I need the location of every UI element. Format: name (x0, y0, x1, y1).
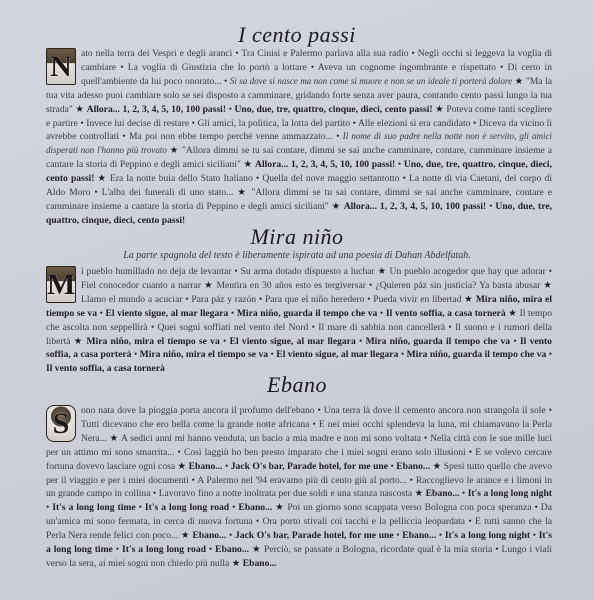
verse-text: Perciò, se passate a Bologna, ricordate … (264, 544, 492, 555)
chorus-text: Ebano... (189, 461, 223, 472)
star-separator-icon: ★ (107, 433, 121, 444)
bullet-separator-icon: • (350, 118, 358, 129)
bullet-separator-icon: • (256, 294, 265, 305)
star-separator-icon: ★ (329, 201, 344, 212)
star-separator-icon: ★ (512, 76, 526, 87)
song-lyrics: Nato nella terra dei Vespri e degli aran… (46, 47, 552, 228)
bullet-separator-icon: • (377, 308, 386, 319)
chorus-text: Il vento soffia, a casa tornerà (386, 308, 506, 319)
chorus-text: Jack O's bar, Parade hotel, for me une (231, 461, 388, 472)
bullet-separator-icon: • (465, 516, 475, 527)
chorus-text: Mira niño, mira el tiempo se va (140, 349, 268, 360)
bullet-separator-icon: • (131, 349, 139, 360)
song-subtitle: La parte spagnola del testo è liberament… (0, 250, 594, 261)
bullet-separator-icon: • (398, 349, 406, 360)
verse-text: L'alba dei funerali di uno stato... (102, 187, 234, 198)
bullet-separator-icon: • (90, 187, 101, 198)
bullet-separator-icon: • (496, 62, 508, 73)
verse-text: Quei sogni soffiati nel vento del Nord (158, 322, 309, 333)
chorus-text: El viento sigue, al mar llegara (106, 308, 229, 319)
bullet-separator-icon: • (189, 118, 197, 129)
verse-text: A Palermo nel '94 eravamo più di cento g… (197, 475, 407, 486)
bullet-separator-icon: • (436, 530, 445, 541)
lyrics-page: I cento passi Nato nella terra dei Vespr… (0, 0, 594, 600)
bullet-separator-icon: • (189, 475, 197, 486)
bullet-separator-icon: • (399, 173, 409, 184)
verse-text: Un pueblo acogedor que hay que adorar (390, 266, 546, 277)
verse-text: Così laggiù ho ben presto imparato che i… (184, 447, 466, 458)
bullet-separator-icon: • (333, 131, 343, 142)
verse-text: Quella del nove maggio settantotto (262, 173, 399, 184)
chorus-text: Ebano... (396, 461, 430, 472)
verse-text: ¿Quieren páz sin justicia? Ya basta abus… (375, 280, 540, 291)
bullet-separator-icon: • (315, 405, 324, 416)
star-separator-icon: ★ (249, 544, 264, 555)
bullet-separator-icon: • (421, 433, 430, 444)
chorus-text: Mira niño, mira el tiempo se va (86, 336, 219, 347)
bullet-separator-icon: • (356, 336, 366, 347)
verse-text: Tra Cinisi e Palermo parlava alla sua ra… (241, 48, 408, 59)
bullet-separator-icon: • (223, 461, 231, 472)
chorus-text: Ebano... (238, 502, 272, 513)
verse-text: i pueblo humillado no deja de levantar (81, 266, 231, 277)
bullet-separator-icon: • (206, 544, 215, 555)
song-title: I cento passi (0, 22, 594, 48)
verse-text: A sedici anni mi hanno venduta, un bacio… (121, 433, 421, 444)
star-separator-icon: ★ (412, 488, 425, 499)
star-separator-icon: ★ (461, 294, 475, 305)
verse-text: Para que el niño heredero (265, 294, 364, 305)
verse-text: Alle elezioni si era candidato (358, 118, 470, 129)
bullet-separator-icon: • (78, 118, 86, 129)
bullet-separator-icon: • (148, 322, 158, 333)
bullet-separator-icon: • (394, 530, 403, 541)
verse-text: Tutti dicevano che ero bella come la gra… (81, 419, 309, 430)
bullet-separator-icon: • (308, 322, 318, 333)
bullet-separator-icon: • (97, 308, 106, 319)
bullet-separator-icon: • (409, 48, 418, 59)
bullet-separator-icon: • (309, 419, 318, 430)
chorus-text: Jack O's bar, Parade hotel, for me une (235, 530, 394, 541)
verse-text: Ora porto stivali coi tacchi e la pellic… (263, 516, 466, 527)
chorus-text: Allora... 1, 2, 3, 4, 5, 10, 100 passi! (255, 159, 395, 170)
chorus-text: Allora... 1, 2, 3, 4, 5, 10, 100 passi! (87, 104, 226, 115)
verse-text: Aveva un cognome ingombrante e rispettat… (318, 62, 496, 73)
star-separator-icon: ★ (73, 104, 87, 115)
bullet-separator-icon: • (470, 118, 478, 129)
verse-text: Una terra là dove il cemento ancora non … (324, 405, 546, 416)
chorus-text: Ebano... (426, 488, 460, 499)
chorus-text: Allora... 1, 2, 3, 4, 5, 10, 100 passi! (344, 201, 487, 212)
lyrics-text: ato nella terra dei Vespri e degli aranc… (46, 48, 552, 226)
chorus-text: Ebano... (215, 544, 249, 555)
chorus-text: It's a long long road (122, 544, 206, 555)
chorus-text: Ebano... (243, 558, 277, 569)
lyrics-text: ono nata dove la pioggia porta ancora il… (46, 405, 552, 569)
star-separator-icon: ★ (94, 173, 110, 184)
star-separator-icon: ★ (229, 558, 242, 569)
bullet-separator-icon: • (307, 62, 318, 73)
verse-text: Il mare di sabbia non cancellerà (318, 322, 445, 333)
bullet-separator-icon: • (466, 447, 475, 458)
star-separator-icon: ★ (433, 104, 447, 115)
star-separator-icon: ★ (506, 308, 520, 319)
star-separator-icon: ★ (430, 461, 444, 472)
lyrics-text: i pueblo humillado no deja de levantar •… (46, 266, 552, 374)
chorus-text: Ebano... (192, 530, 226, 541)
bullet-separator-icon: • (510, 336, 520, 347)
verse-text: Fiel conocedor cuanto a narrar (81, 280, 201, 291)
bullet-separator-icon: • (445, 322, 455, 333)
bullet-separator-icon: • (546, 266, 552, 277)
star-separator-icon: ★ (71, 336, 87, 347)
bullet-separator-icon: • (228, 308, 237, 319)
verse-text: Era la notte buia dello Stato Italiano (110, 173, 253, 184)
verse-text: Llamo el mundo a acuciar (81, 294, 183, 305)
bullet-separator-icon: • (407, 475, 416, 486)
chorus-text: Mira niño, guarda il tempo che va (366, 336, 510, 347)
bullet-separator-icon: • (546, 349, 552, 360)
verse-text: ato nella terra dei Vespri e degli aranc… (81, 48, 232, 59)
chorus-text: It's a long long night (468, 488, 552, 499)
star-separator-icon: ★ (233, 187, 251, 198)
verse-text: Gli amici, la politica, la lotta del par… (198, 118, 351, 129)
dropcap-n-icon: N (46, 48, 76, 85)
star-separator-icon: ★ (241, 159, 255, 170)
verse-text: Mentira en 30 años esto es tergiversar (216, 280, 365, 291)
bullet-separator-icon: • (460, 488, 468, 499)
verse-text: Pueda vivir en libertad (373, 294, 461, 305)
star-separator-icon: ★ (375, 266, 390, 277)
star-separator-icon: ★ (540, 280, 552, 291)
song-lyrics: Sono nata dove la pioggia porta ancora i… (46, 404, 552, 571)
verse-text: Ma poi non ebbe tempo perché venne ammaz… (129, 131, 333, 142)
bullet-separator-icon: • (231, 266, 240, 277)
bullet-separator-icon: • (119, 131, 129, 142)
bullet-separator-icon: • (395, 159, 404, 170)
verse-text: Su arma dotado dispuesto a luchar (241, 266, 375, 277)
star-separator-icon: ★ (167, 145, 182, 156)
song-title: Ebano (0, 372, 594, 398)
chorus-text: It's a long long night (445, 530, 530, 541)
verse-text: Invece lui decise di restare (86, 118, 189, 129)
verse-text: ono nata dove la pioggia porta ancora il… (81, 405, 315, 416)
bullet-separator-icon: • (226, 530, 235, 541)
chorus-text: It's a long long time (52, 502, 135, 513)
bullet-separator-icon: • (116, 62, 128, 73)
italic-verse-text: Si sa dove si nasce ma non come si muore… (230, 76, 512, 86)
song-title: Mira niño (0, 224, 594, 250)
bullet-separator-icon: • (151, 488, 159, 499)
bullet-separator-icon: • (222, 76, 230, 87)
chorus-text: Mira niño, guarda il tempo che va (237, 308, 377, 319)
bullet-separator-icon: • (532, 502, 541, 513)
verse-text: Para páz y razón (191, 294, 256, 305)
bullet-separator-icon: • (113, 544, 122, 555)
bullet-separator-icon: • (253, 173, 263, 184)
chorus-text: Ebano... (402, 530, 436, 541)
star-separator-icon: ★ (201, 280, 216, 291)
star-separator-icon: ★ (178, 530, 192, 541)
bullet-separator-icon: • (175, 447, 184, 458)
bullet-separator-icon: • (546, 405, 552, 416)
bullet-separator-icon: • (530, 530, 539, 541)
song-lyrics: Mi pueblo humillado no deja de levantar … (46, 265, 552, 376)
chorus-text: It's a long long road (145, 502, 229, 513)
bullet-separator-icon: • (136, 502, 145, 513)
verse-text: La voglia di Giustizia che lo portò a lo… (128, 62, 307, 73)
chorus-text: El viento sigue, al mar llegara (230, 336, 356, 347)
chorus-text: Mira niño, guarda il tempo che va (407, 349, 547, 360)
bullet-separator-icon: • (253, 516, 263, 527)
bullet-separator-icon: • (220, 336, 230, 347)
dropcap-m-icon: M (46, 266, 76, 303)
chorus-text: El viento sigue, al mar llegara (276, 349, 398, 360)
bullet-separator-icon: • (364, 294, 373, 305)
dropcap-s-icon: S (46, 405, 76, 442)
chorus-text: Uno, due, tre, quattro, cinque, dieci, c… (234, 104, 432, 115)
verse-text: Lavoravo fino a notte inoltrata per due … (159, 488, 413, 499)
star-separator-icon: ★ (272, 502, 287, 513)
star-separator-icon: ★ (175, 461, 189, 472)
verse-text: Poi un giorno sono scappata verso Bologn… (287, 502, 531, 513)
